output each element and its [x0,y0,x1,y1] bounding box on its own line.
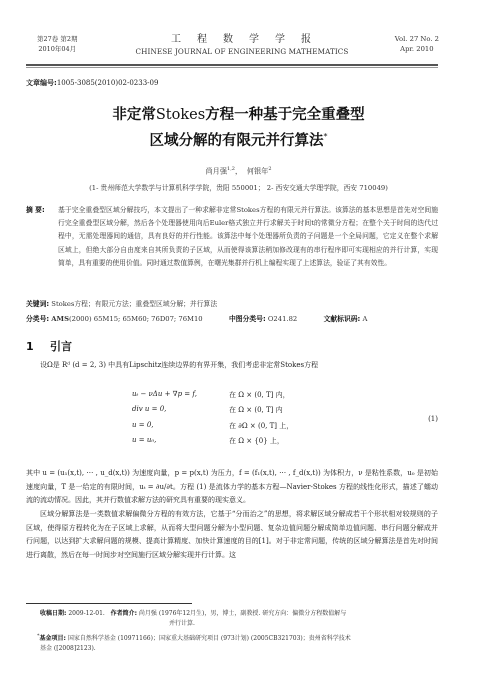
section-heading: 1引言 [26,338,72,354]
journal-name: 工程数学学报 CHINESE JOURNAL OF ENGINEERING MA… [107,34,377,57]
equation-row: u = 0, 在 ∂Ω × (0, T] 上， [132,421,438,436]
author-1: 尚月强 [205,166,227,175]
title-part: 方程一种基于完全重叠型 [205,107,365,123]
classification-label: 分类号: [26,315,49,323]
paragraph-3: 区域分解算法是一类数值求解偏微分方程的有效方法，它基于“分而治之”的思想，将求解… [26,508,438,563]
doc-code-label: 文献标识码: [324,315,361,323]
abstract-label: 摘 要: [26,204,45,217]
equation-rhs: 在 Ω × (0, T] 内 [229,405,283,415]
paper-page: 第27卷 第2期 2010年04月 工程数学学报 CHINESE JOURNAL… [0,0,477,692]
equation-lhs: u = u₀, [132,436,156,444]
paragraph-2: 其中 u = (u₁(x,t), ⋯ , u_d(x,t)) 为速度向量，p =… [26,467,438,508]
paper-title: 非定常Stokes方程一种基于完全重叠型 区域分解的有限元并行算法* [0,104,477,152]
article-number: 文章编号:1005-3085(2010)02-0233-09 [26,78,158,88]
bio-text-continued: 并行计算. [40,619,438,629]
doc-code-value: A [362,315,367,323]
equation-row: uₜ − νΔu + ∇p = f, 在 Ω × (0, T] 内， [132,390,438,405]
date-en: Apr. 2010 [395,44,439,54]
equation-lhs: u = 0, [132,421,154,429]
title-latin: Stokes [156,107,205,123]
journal-name-cn: 工程数学学报 [107,34,377,46]
footnote-received-bio: 收稿日期: 2009-12-01. 作者简介: 尚月强 (1976年12月生)，… [40,609,438,629]
paragraph-1: 设Ω是 Rᵈ (d = 2, 3) 中具有Lipschitz连续边界的有界开集，… [26,359,438,373]
equation-row: div u = 0, 在 Ω × (0, T] 内 [132,405,438,420]
volume-issue-en: Vol. 27 No. 2 Apr. 2010 [395,34,439,54]
funding-text: 国家自然科学基金 (10971166)；国家重大基础研究项目 (973计划) (… [68,635,351,642]
abstract-text: 基于完全重叠型区域分解技巧，本文提出了一种求解非定常Stokes方程的有限元并行… [58,204,438,270]
equation-rhs: 在 Ω × {0} 上， [229,436,284,446]
volume-number-en: Vol. 27 No. 2 [395,34,439,44]
section-number: 1 [26,340,50,353]
volume-issue-cn: 第27卷 第2期 [37,34,77,44]
ams-value: (2000) 65M15; 65M60; 76D07; 76M10 [69,315,203,323]
title-line-2: 区域分解的有限元并行算法* [0,126,477,152]
article-number-label: 文章编号: [26,79,57,87]
date-cn: 2010年04月 [37,44,77,54]
journal-name-en: CHINESE JOURNAL OF ENGINEERING MATHEMATI… [107,47,377,57]
footnote-funding: *基金项目: 国家自然科学基金 (10971166)；国家重大基础研究项目 (9… [37,631,435,654]
section-title: 引言 [50,340,72,353]
clc-value: O241.82 [268,315,297,323]
keywords: 关键词: Stokes方程；有限元方法；重叠型区域分解；并行算法 [26,298,217,308]
affiliations: (1- 贵州师范大学数学与计算机科学学院，贵阳 550001； 2- 西安交通大… [0,182,477,192]
ams-label: AMS [51,315,69,323]
classification: 分类号: AMS(2000) 65M15; 65M60; 76D07; 76M1… [26,313,446,323]
header-rule-thin [26,67,438,68]
title-part: 区域分解的有限元并行算法 [150,133,324,149]
received-date: 2009-12-01. [68,610,105,617]
funding-label: 基金项目: [40,635,66,642]
volume-issue: 第27卷 第2期 2010年04月 [37,34,77,54]
journal-header: 第27卷 第2期 2010年04月 工程数学学报 CHINESE JOURNAL… [27,34,439,64]
keywords-label: 关键词: [26,300,49,308]
bio-text: 尚月强 (1976年12月生)，男，博士，副教授. 研究方向：偏微分方程数值解与 [139,610,346,617]
title-part: 非定常 [112,107,156,123]
author-separator: ， [235,166,242,175]
equation-number: (1) [428,415,438,423]
title-line-1: 非定常Stokes方程一种基于完全重叠型 [0,104,477,126]
title-footnote-mark: * [324,132,328,141]
keywords-text: Stokes方程；有限元方法；重叠型区域分解；并行算法 [51,300,217,308]
equation-rhs: 在 ∂Ω × (0, T] 上， [229,421,293,431]
bio-label: 作者简介: [111,610,137,617]
equation-lhs: uₜ − νΔu + ∇p = f, [132,390,197,398]
equation-row: u = u₀, 在 Ω × {0} 上， [132,436,438,451]
authors: 尚月强1,2， 何银年2 [0,166,477,176]
funding-text-continued: 基金 ([2008]2123). [37,644,435,654]
abstract: 摘 要: 基于完全重叠型区域分解技巧，本文提出了一种求解非定常Stokes方程的… [26,204,438,270]
footnote-rule [26,603,192,604]
article-number-value: 1005-3085(2010)02-0233-09 [57,79,159,87]
equation-1: uₜ − νΔu + ∇p = f, 在 Ω × (0, T] 内， div u… [132,390,438,451]
equation-lhs: div u = 0, [132,405,166,413]
clc-label: 中图分类号: [229,315,266,323]
received-label: 收稿日期: [40,610,66,617]
author-2-affil: 2 [268,166,271,172]
author-2: 何银年 [247,166,269,175]
author-1-affil: 1,2 [227,166,235,172]
equation-rhs: 在 Ω × (0, T] 内， [229,390,290,400]
